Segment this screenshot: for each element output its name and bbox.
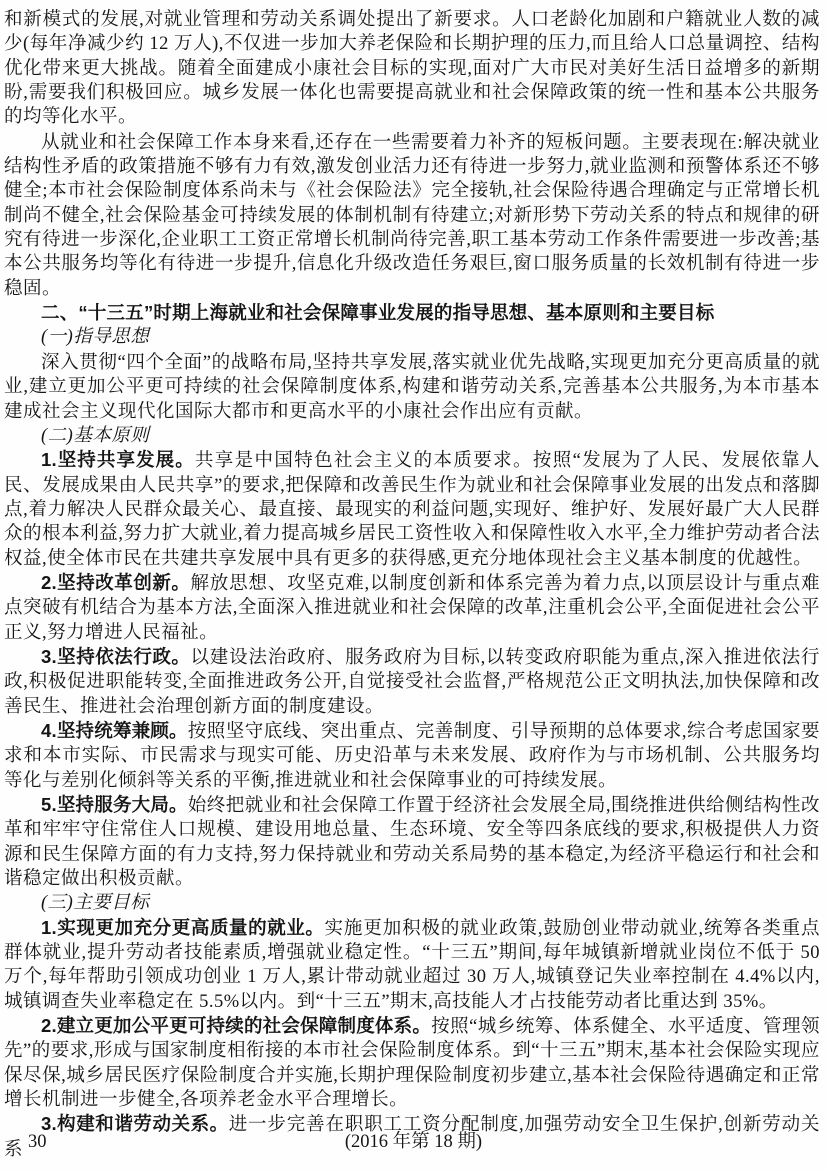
paragraph: 从就业和社会保障工作本身来看,还存在一些需要着力补齐的短板问题。主要表现在:解决… [4, 130, 820, 301]
paragraph-text: 深入贯彻“四个全面”的战略布局,坚持共享发展,落实就业优先战略,实现更加充分更高… [4, 353, 820, 422]
document-page: 和新模式的发展,对就业管理和劳动关系调处提出了新要求。人口老龄化加剧和户籍就业人… [0, 0, 827, 1170]
paragraph: 2.建立更加公平更可持续的社会保障制度体系。按照“城乡统筹、体系健全、水平适度、… [4, 1014, 820, 1112]
paragraph-text: 从就业和社会保障工作本身来看,还存在一些需要着力补齐的短板问题。主要表现在:解决… [4, 133, 820, 299]
paragraph-text: 和新模式的发展,对就业管理和劳动关系调处提出了新要求。人口老龄化加剧和户籍就业人… [4, 10, 820, 127]
paragraph: 5.坚持服务大局。始终把就业和社会保障工作置于经济社会发展全局,围绕推进供给侧结… [4, 793, 820, 891]
subsection-heading: (三)主要目标 [4, 891, 820, 915]
paragraph: 2.坚持改革创新。解放思想、攻坚克难,以制度创新和体系完善为着力点,以顶层设计与… [4, 571, 820, 645]
section-heading: 二、“十三五”时期上海就业和社会保障事业发展的指导思想、基本原则和主要目标 [4, 301, 820, 325]
subsection-heading-text: (二)基本原则 [41, 426, 149, 446]
paragraph-lead: 1.坚持共享发展。 [41, 449, 195, 470]
paragraph: 1.实现更加充分更高质量的就业。实施更加积极的就业政策,鼓励创业带动就业,统筹各… [4, 916, 820, 1014]
paragraph-lead: 2.坚持改革创新。 [41, 572, 190, 593]
paragraph: 和新模式的发展,对就业管理和劳动关系调处提出了新要求。人口老龄化加剧和户籍就业人… [4, 7, 820, 130]
subsection-heading: (二)基本原则 [4, 424, 820, 448]
paragraph-lead: 1.实现更加充分更高质量的就业。 [41, 917, 325, 938]
section-heading-text: 二、“十三五”时期上海就业和社会保障事业发展的指导思想、基本原则和主要目标 [41, 302, 714, 323]
paragraph-lead: 5.坚持服务大局。 [41, 794, 188, 815]
paragraph-lead: 3.坚持依法行政。 [41, 646, 190, 667]
subsection-heading-text: (一)指导思想 [41, 327, 149, 347]
document-body: 和新模式的发展,对就业管理和劳动关系调处提出了新要求。人口老龄化加剧和户籍就业人… [4, 7, 820, 1162]
paragraph-lead: 2.建立更加公平更可持续的社会保障制度体系。 [41, 1015, 431, 1036]
paragraph: 深入贯彻“四个全面”的战略布局,坚持共享发展,落实就业优先战略,实现更加充分更高… [4, 350, 820, 424]
issue-label: (2016 年第 18 期) [0, 1129, 827, 1155]
paragraph: 1.坚持共享发展。共享是中国特色社会主义的本质要求。按照“发展为了人民、发展依靠… [4, 448, 820, 571]
subsection-heading-text: (三)主要目标 [41, 893, 149, 913]
paragraph: 3.坚持依法行政。以建设法治政府、服务政府为目标,以转变政府职能为重点,深入推进… [4, 645, 820, 719]
page-footer: 30 (2016 年第 18 期) [0, 1129, 827, 1155]
page-number: 30 [28, 1129, 47, 1155]
subsection-heading: (一)指导思想 [4, 325, 820, 349]
paragraph-lead: 4.坚持统筹兼顾。 [41, 720, 188, 741]
paragraph: 4.坚持统筹兼顾。按照坚守底线、突出重点、完善制度、引导预期的总体要求,综合考虑… [4, 719, 820, 793]
